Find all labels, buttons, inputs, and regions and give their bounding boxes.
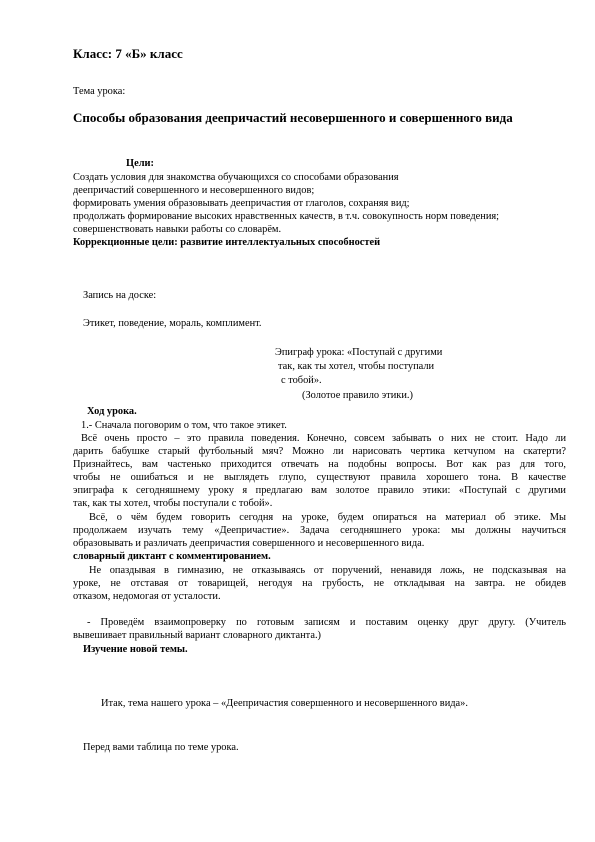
- correction-goals: Коррекционные цели: развитие интеллектуа…: [73, 237, 380, 249]
- lesson-paragraph-line: дарить бабушке старый футбольный мяч? Мо…: [73, 446, 566, 458]
- lesson-paragraph-line: 1.- Сначала поговорим о том, что такое э…: [81, 420, 287, 432]
- lesson-paragraph-line: эпиграфа к сегодняшнему уроку я предлага…: [73, 485, 566, 497]
- topic-statement: Итак, тема нашего урока – «Деепричастия …: [101, 698, 468, 710]
- goal-line: продолжать формирование высоких нравстве…: [73, 211, 499, 223]
- lesson-paragraph-line: Всё очень просто – это правила поведения…: [81, 433, 566, 445]
- document-page: Класс: 7 «Б» класс Тема урока: Способы о…: [0, 0, 595, 842]
- lesson-paragraph-line: образовывать и различать деепричастия со…: [73, 538, 424, 550]
- class-line: Класс: 7 «Б» класс: [73, 48, 183, 60]
- lesson-title: Способы образования деепричастий несовер…: [73, 112, 513, 124]
- epigraph-line: Эпиграф урока: «Поступай с другими: [275, 347, 442, 359]
- check-line: вывешивает правильный вариант словарного…: [73, 630, 321, 642]
- topic-label: Тема урока:: [73, 86, 125, 98]
- lesson-paragraph-line: Всё, о чём будем говорить сегодня на уро…: [89, 512, 566, 524]
- dictation-heading: словарный диктант с комментированием.: [73, 551, 271, 563]
- dictation-line: Не опаздывая в гимназию, не отказываясь …: [89, 565, 566, 577]
- dictation-line: уроке, не отставая от товарищей, негодуя…: [73, 578, 566, 590]
- lesson-paragraph-line: чтобы не ошибаться и не выглядеть глупо,…: [73, 472, 566, 484]
- goals-heading: Цели:: [126, 158, 154, 170]
- board-words: Этикет, поведение, мораль, комплимент.: [83, 318, 262, 330]
- lesson-paragraph-line: Признайтесь, вам частенько приходится от…: [73, 459, 566, 471]
- goal-line: формировать умения образовывать дееприча…: [73, 198, 410, 210]
- check-line: - Проведём взаимопроверку по готовым зап…: [87, 617, 566, 629]
- lesson-heading: Ход урока.: [87, 406, 137, 418]
- lesson-paragraph-line: продолжаем изучать тему «Деепричастие». …: [73, 525, 566, 537]
- epigraph-line: так, как ты хотел, чтобы поступали: [278, 361, 434, 373]
- goal-line: совершенствовать навыки работы со словар…: [73, 224, 281, 236]
- epigraph-source: (Золотое правило этики.): [302, 390, 413, 402]
- lesson-paragraph-line: так, как ты хотел, чтобы поступали с тоб…: [73, 498, 272, 510]
- goal-line: Создать условия для знакомства обучающих…: [73, 172, 399, 184]
- table-intro: Перед вами таблица по теме урока.: [83, 742, 239, 754]
- new-topic-heading: Изучение новой темы.: [83, 644, 188, 656]
- goal-line: деепричастий совершенного и несовершенно…: [73, 185, 314, 197]
- board-label: Запись на доске:: [83, 290, 156, 302]
- dictation-line: отказом, недомогая от усталости.: [73, 591, 221, 603]
- epigraph-line: с тобой».: [281, 375, 322, 387]
